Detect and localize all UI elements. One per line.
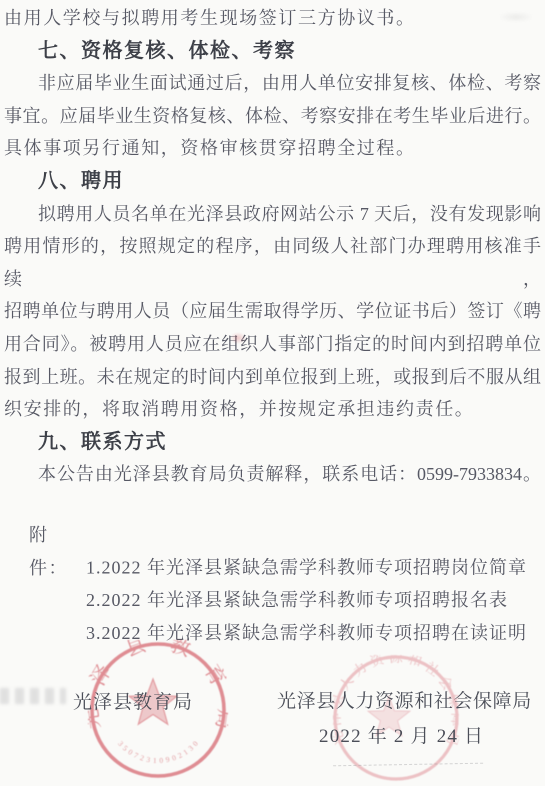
contact-line: 本公告由光泽县教育局负责解释，联系电话：0599-7933834。 [4, 458, 541, 491]
scan-artifact-red-smudge [230, 332, 246, 344]
scan-artifact-gray-smudge [498, 12, 534, 22]
text-line: 拟聘用人员名单在光泽县政府网站公示 7 天后，没有发现影响 [4, 198, 541, 231]
signature-left-org: 光泽县教育局 [73, 687, 193, 714]
seal-serial-number: 35072310902130 [116, 739, 200, 765]
text-line: 非应届毕业生面试通过后，由用人单位安排复核、体检、考察 [4, 67, 541, 100]
text-line: 事宜。应届毕业生资格复核、体检、考察安排在考生毕业后进行。 [4, 100, 541, 133]
attachments-list: 附件：1.2022 年光泽县紧缺急需学科教师专项招聘岗位简章 2.2022 年光… [29, 519, 545, 649]
text-line: 用合同》。被聘用人员应在组织人事部门指定的时间内到招聘单位 [4, 328, 541, 361]
attachments-label: 附件： [29, 519, 86, 584]
attachment-item: 2.2022 年光泽县紧缺急需学科教师专项招聘报名表 [86, 590, 508, 610]
text-line: 织安排的，将取消聘用资格，并按规定承担违约责任。 [4, 393, 541, 426]
section-heading-7: 七、资格复核、体检、考察 [4, 35, 541, 68]
section-heading-8: 八、聘用 [4, 165, 541, 198]
svg-text:35072310902130: 35072310902130 [116, 739, 200, 765]
document-body: 由用人学校与拟聘用考生现场签订三方协议书。 七、资格复核、体检、考察 非应届毕业… [0, 0, 545, 491]
text-line: 报到上班。未在规定的时间内到单位报到上班，或报到后不服从组 [4, 361, 541, 394]
attachment-item: 1.2022 年光泽县紧缺急需学科教师专项招聘岗位简章 [86, 558, 527, 578]
text-line: 具体事项另行通知，资格审核贯穿招聘全过程。 [4, 132, 541, 165]
text-line: 聘用情形的，按照规定的程序，由同级人社部门办理聘用核准手续， [4, 230, 541, 295]
signature-date: 2022 年 2 月 24 日 [319, 721, 484, 748]
scan-artifact-dash-line [333, 751, 483, 767]
scanned-document-page: 由用人学校与拟聘用考生现场签订三方协议书。 七、资格复核、体检、考察 非应届毕业… [0, 0, 545, 786]
attachment-row: 附件：1.2022 年光泽县紧缺急需学科教师专项招聘岗位简章 [29, 519, 545, 584]
scan-artifact-bleed [0, 688, 66, 704]
text-line: 招聘单位与聘用人员（应届生需取得学历、学位证书后）签订《聘 [4, 295, 541, 328]
text-line: 由用人学校与拟聘用考生现场签订三方协议书。 [4, 2, 541, 35]
signature-right-org: 光泽县人力资源和社会保障局 [277, 686, 532, 713]
section-heading-9: 九、联系方式 [4, 426, 541, 459]
attachment-row: 2.2022 年光泽县紧缺急需学科教师专项招聘报名表 [29, 584, 545, 617]
